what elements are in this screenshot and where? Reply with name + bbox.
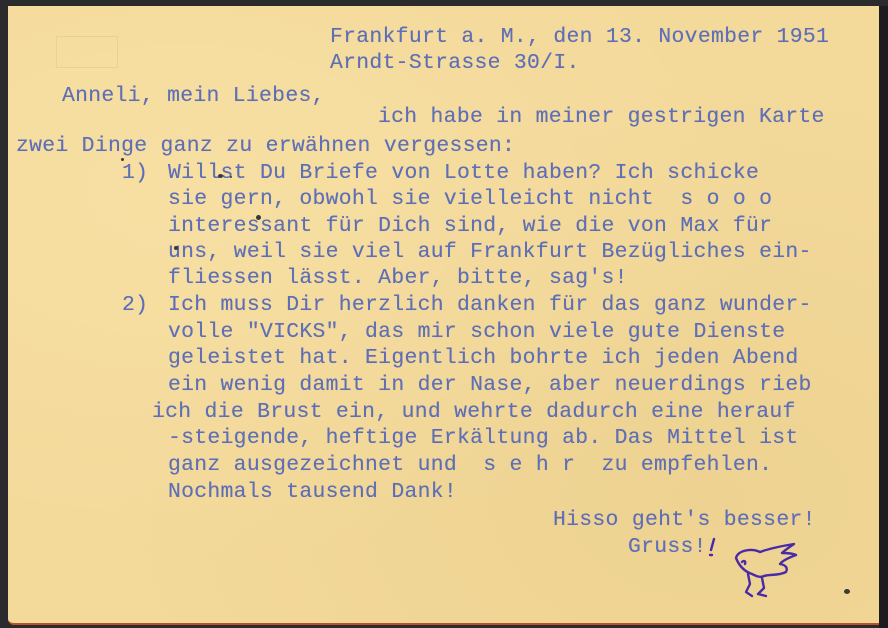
point-2-line-6: -steigende, heftige Erkältung ab. Das Mi… <box>168 428 799 449</box>
postcard: Frankfurt a. M., den 13. November 1951 A… <box>8 6 881 625</box>
paper-speck <box>256 215 261 220</box>
paper-speck <box>174 246 178 250</box>
point-2-line-3: geleistet hat. Eigentlich bohrte ich jed… <box>168 348 799 369</box>
point-1-line-1: Willst Du Briefe von Lotte haben? Ich sc… <box>168 163 759 184</box>
intro-line-1: ich habe in meiner gestrigen Karte <box>378 107 825 128</box>
paper-speck <box>230 176 232 178</box>
point-1-number: 1) <box>122 163 148 184</box>
point-2-line-5: ich die Brust ein, und wehrte dadurch ei… <box>152 402 796 423</box>
closing-line-2: Gruss! <box>628 537 707 558</box>
point-2-line-1: Ich muss Dir herzlich danken für das gan… <box>168 295 812 316</box>
point-2-number: 2) <box>122 295 148 316</box>
point-1-line-4: uns, weil sie viel auf Frankfurt Bezügli… <box>168 242 812 263</box>
closing-line-1: Hisso geht's besser! <box>553 510 816 531</box>
place-date-line: Frankfurt a. M., den 13. November 1951 <box>330 27 829 48</box>
paper-speck <box>121 158 124 161</box>
point-2-line-4: ein wenig damit in der Nase, aber neuerd… <box>168 375 812 396</box>
salutation: Anneli, mein Liebes, <box>62 86 325 107</box>
point-1-line-5: fliessen lässt. Aber, bitte, sag's! <box>168 268 628 289</box>
address-line: Arndt-Strasse 30/I. <box>330 53 580 74</box>
intro-line-2: zwei Dinge ganz zu erwähnen vergessen: <box>16 136 515 157</box>
point-2-line-2: volle "VICKS", das mir schon viele gute … <box>168 322 785 343</box>
bird-signature-icon <box>708 536 808 611</box>
card-shadow-edge <box>879 6 888 628</box>
point-2-line-7: ganz ausgezeichnet und s e h r zu empfeh… <box>168 455 772 476</box>
point-1-line-2: sie gern, obwohl sie vielleicht nicht s … <box>168 189 772 210</box>
point-2-line-8: Nochmals tausend Dank! <box>168 482 457 503</box>
paper-speck <box>218 174 223 178</box>
paper-speck <box>844 589 850 594</box>
faded-stamp-mark <box>56 36 118 68</box>
